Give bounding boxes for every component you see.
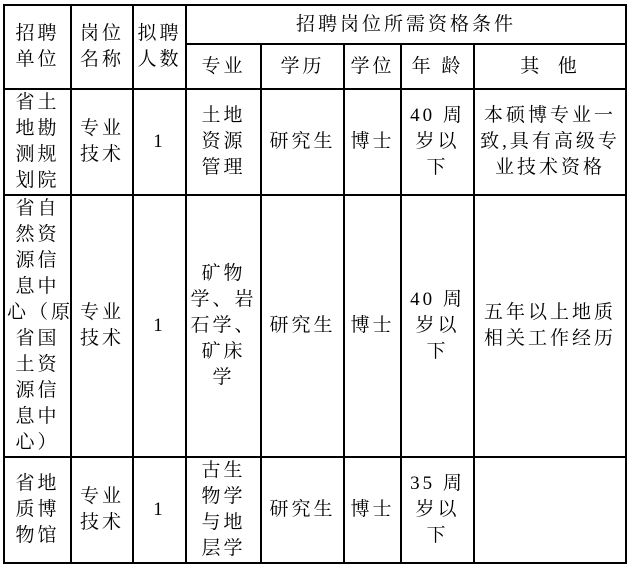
position-cell: 专业 技术 bbox=[71, 89, 133, 195]
education-cell: 研究生 bbox=[261, 195, 344, 457]
position-cell: 专业 技术 bbox=[71, 457, 133, 563]
table-row: 省自 然资 源信 息中 心（原 省国 土资 源信 息中 心） 专业 技术 1 矿… bbox=[4, 195, 626, 457]
position-cell: 专业 技术 bbox=[71, 195, 133, 457]
education-cell: 研究生 bbox=[261, 457, 344, 563]
education-cell: 研究生 bbox=[261, 89, 344, 195]
headcount-cell: 1 bbox=[133, 457, 186, 563]
degree-cell: 博士 bbox=[344, 195, 401, 457]
header-other: 其 他 bbox=[474, 44, 626, 89]
header-unit: 招聘 单位 bbox=[4, 5, 71, 89]
headcount-cell: 1 bbox=[133, 89, 186, 195]
header-age: 年 龄 bbox=[401, 44, 474, 89]
headcount-cell: 1 bbox=[133, 195, 186, 457]
header-position: 岗位 名称 bbox=[71, 5, 133, 89]
other-cell bbox=[474, 457, 626, 563]
header-headcount: 拟聘 人数 bbox=[133, 5, 186, 89]
table-row: 省土 地勘 测规 划院 专业 技术 1 土地 资源 管理 研究生 博士 40 周… bbox=[4, 89, 626, 195]
major-cell: 古生 物学 与地 层学 bbox=[186, 457, 261, 563]
unit-cell: 省地 质博 物馆 bbox=[4, 457, 71, 563]
table-row: 省地 质博 物馆 专业 技术 1 古生 物学 与地 层学 研究生 博士 35 周… bbox=[4, 457, 626, 563]
unit-cell: 省土 地勘 测规 划院 bbox=[4, 89, 71, 195]
header-major: 专业 bbox=[186, 44, 261, 89]
other-cell: 本硕博专业一 致,具有高级专 业技术资格 bbox=[474, 89, 626, 195]
header-row-top: 招聘 单位 岗位 名称 拟聘 人数 招聘岗位所需资格条件 bbox=[4, 5, 626, 44]
header-degree: 学位 bbox=[344, 44, 401, 89]
header-education: 学历 bbox=[261, 44, 344, 89]
degree-cell: 博士 bbox=[344, 457, 401, 563]
unit-cell: 省自 然资 源信 息中 心（原 省国 土资 源信 息中 心） bbox=[4, 195, 71, 457]
major-cell: 矿物 学、岩 石学、 矿床 学 bbox=[186, 195, 261, 457]
major-cell: 土地 资源 管理 bbox=[186, 89, 261, 195]
age-cell: 35 周 岁以 下 bbox=[401, 457, 474, 563]
degree-cell: 博士 bbox=[344, 89, 401, 195]
recruitment-table: 招聘 单位 岗位 名称 拟聘 人数 招聘岗位所需资格条件 专业 学历 学位 年 … bbox=[3, 4, 627, 564]
age-cell: 40 周 岁以 下 bbox=[401, 89, 474, 195]
age-cell: 40 周 岁以 下 bbox=[401, 195, 474, 457]
recruitment-notice-page: 招聘 单位 岗位 名称 拟聘 人数 招聘岗位所需资格条件 专业 学历 学位 年 … bbox=[0, 0, 628, 567]
other-cell: 五年以上地质 相关工作经历 bbox=[474, 195, 626, 457]
header-qualifications-group: 招聘岗位所需资格条件 bbox=[186, 5, 626, 44]
